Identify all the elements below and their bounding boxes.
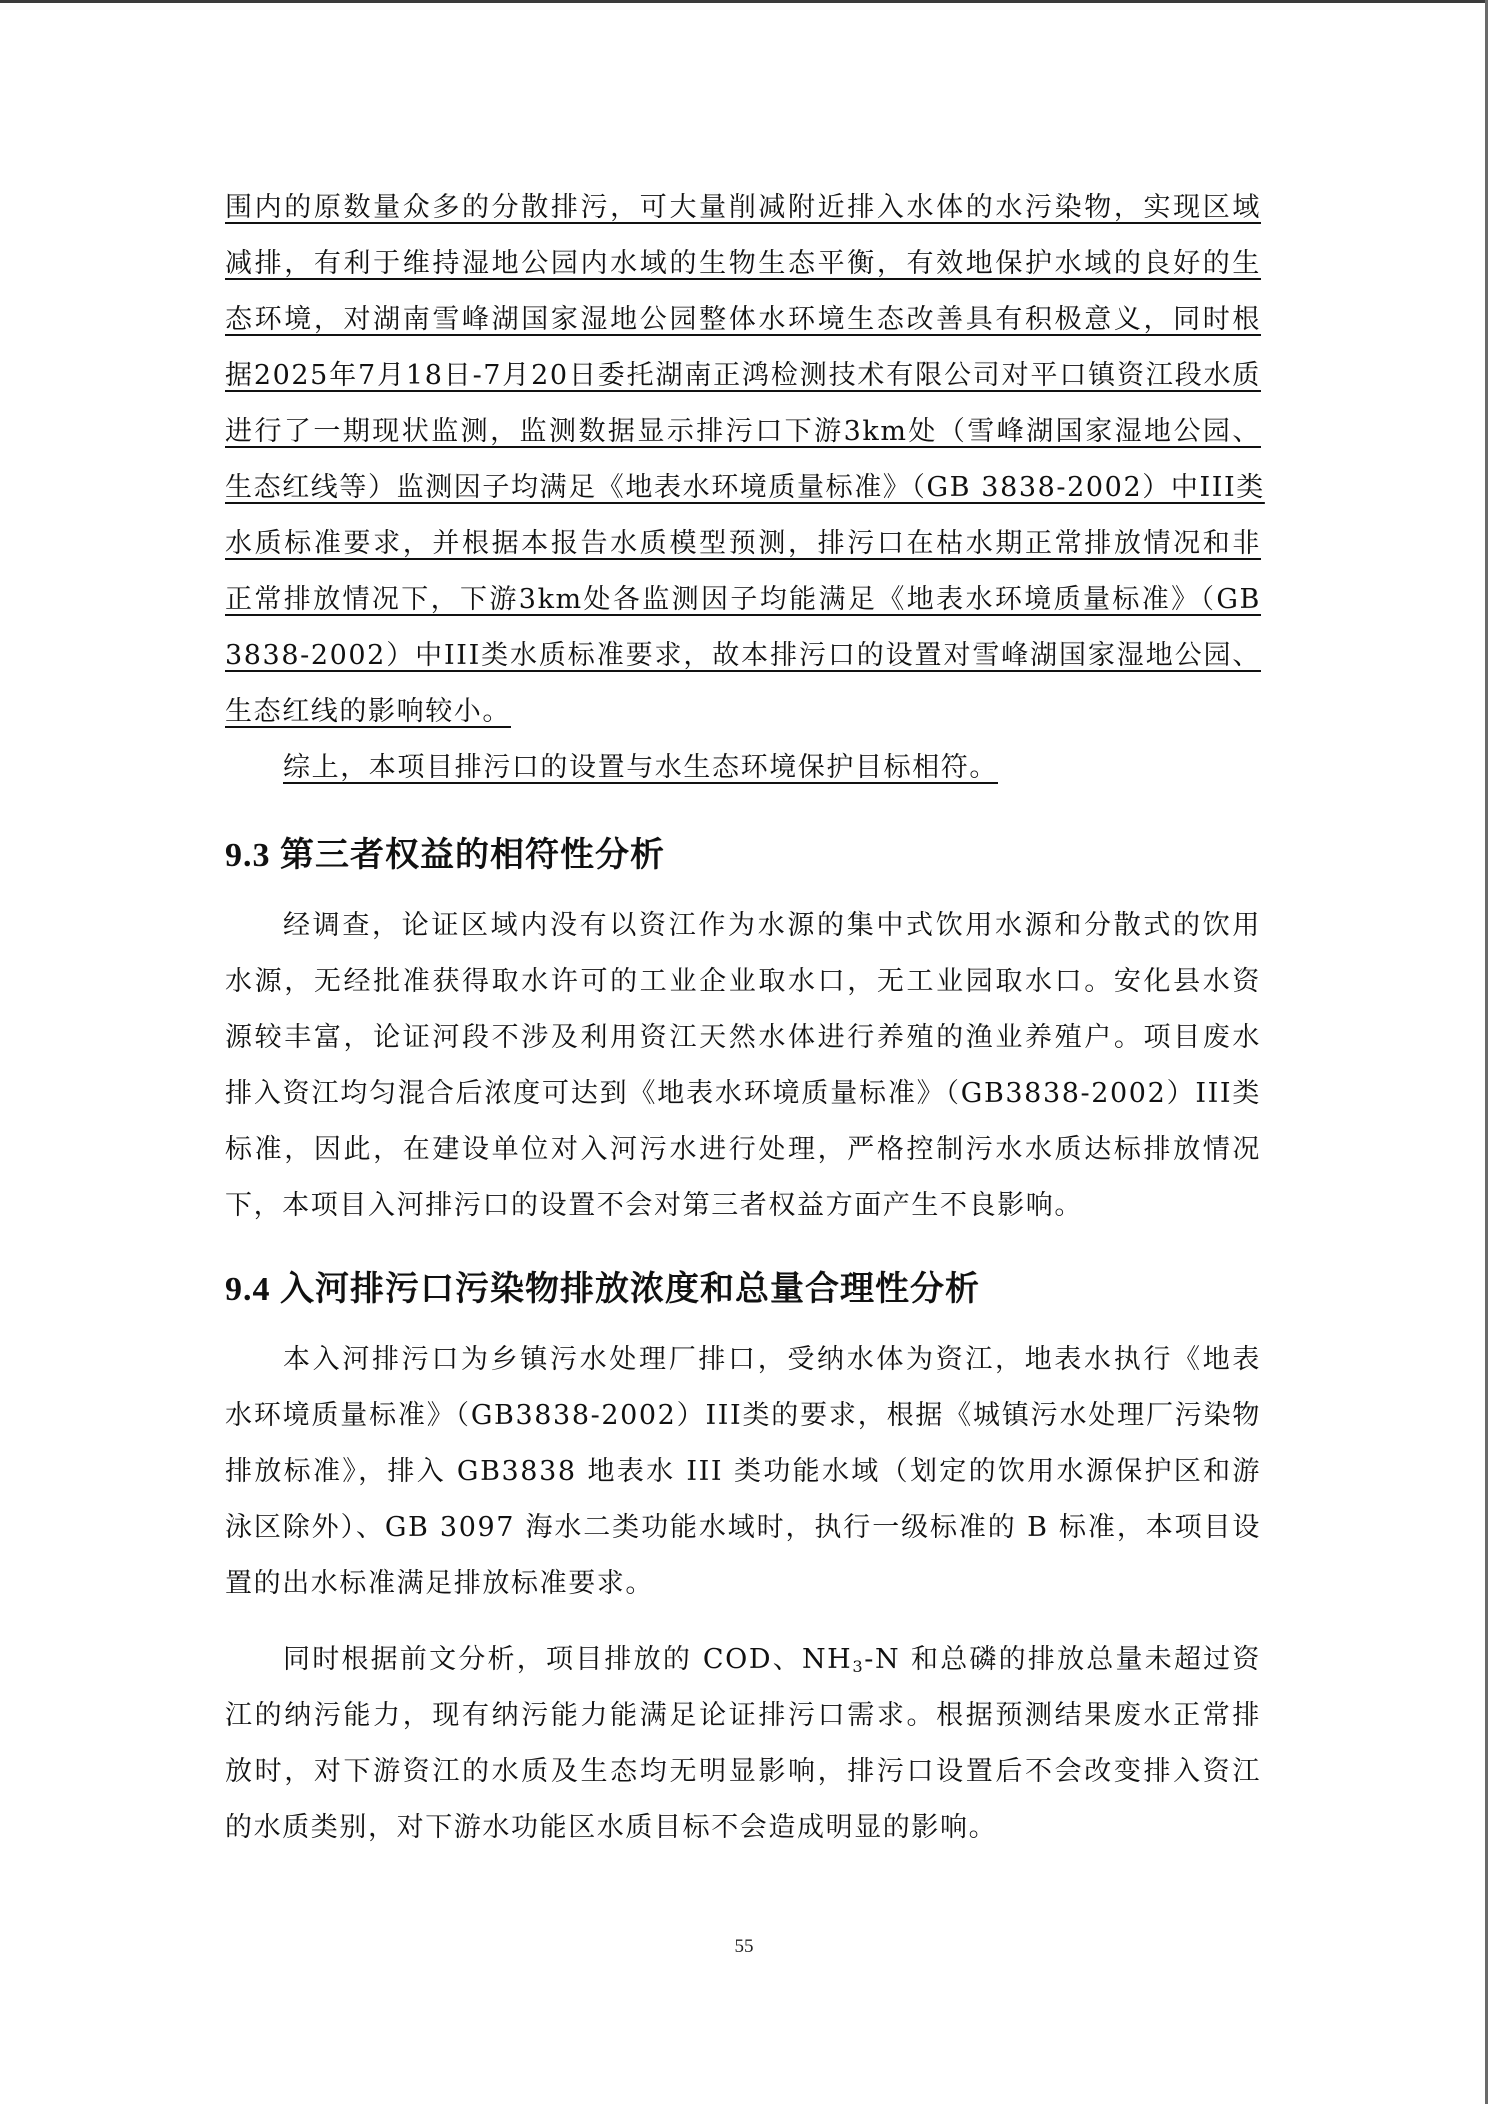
text-line: 泳区除外）、GB 3097 海水二类功能水域时，执行一级标准的 B 标准，本项目… — [225, 1508, 1261, 1548]
text-line: 同时根据前文分析，项目排放的 COD、NH3-N 和总磷的排放总量未超过资 — [225, 1640, 1261, 1680]
text-line: 的水质类别，对下游水功能区水质目标不会造成明显的影响。 — [225, 1808, 1261, 1848]
text-line: 放时，对下游资江的水质及生态均无明显影响，排污口设置后不会改变排入资江 — [225, 1752, 1261, 1792]
text-line: 排放标准》，排入 GB3838 地表水 III 类功能水域（划定的饮用水源保护区… — [225, 1452, 1261, 1492]
page-number: 55 — [0, 1936, 1488, 1958]
text-line: 水质标准要求，并根据本报告水质模型预测，排污口在枯水期正常排放情况和非 — [225, 524, 1261, 564]
text-line: 置的出水标准满足排放标准要求。 — [225, 1564, 1261, 1604]
section-heading-9-3: 9.3 第三者权益的相符性分析 — [225, 834, 665, 878]
text-line: 经调查，论证区域内没有以资江作为水源的集中式饮用水源和分散式的饮用 — [225, 906, 1261, 946]
text-line: 本入河排污口为乡镇污水处理厂排口，受纳水体为资江，地表水执行《地表 — [225, 1340, 1261, 1380]
text-line: 3838-2002）中III类水质标准要求，故本排污口的设置对雪峰湖国家湿地公园… — [225, 636, 1261, 676]
text-line: 排入资江均匀混合后浓度可达到《地表水环境质量标准》（GB3838-2002）II… — [225, 1074, 1261, 1114]
text-line: 围内的原数量众多的分散排污，可大量削减附近排入水体的水污染物，实现区域 — [225, 188, 1261, 228]
document-page: 围内的原数量众多的分散排污，可大量削减附近排入水体的水污染物，实现区域 减排，有… — [0, 0, 1488, 2104]
conclusion-paragraph: 综上，本项目排污口的设置与水生态环境保护目标相符。 — [225, 748, 1261, 788]
text-line: 源较丰富，论证河段不涉及利用资江天然水体进行养殖的渔业养殖户。项目废水 — [225, 1018, 1261, 1058]
text-line: 态环境，对湖南雪峰湖国家湿地公园整体水环境生态改善具有积极意义，同时根 — [225, 300, 1261, 340]
text-line: 江的纳污能力，现有纳污能力能满足论证排污口需求。根据预测结果废水正常排 — [225, 1696, 1261, 1736]
text-line: 生态红线等）监测因子均满足《地表水环境质量标准》（GB 3838-2002）中I… — [225, 468, 1261, 508]
text-line: 减排，有利于维持湿地公园内水域的生物生态平衡，有效地保护水域的良好的生 — [225, 244, 1261, 284]
text-line: 据2025年7月18日-7月20日委托湖南正鸿检测技术有限公司对平口镇资江段水质 — [225, 356, 1261, 396]
section-heading-9-4: 9.4 入河排污口污染物排放浓度和总量合理性分析 — [225, 1268, 980, 1312]
text-line: 标准，因此，在建设单位对入河污水进行处理，严格控制污水水质达标排放情况 — [225, 1130, 1261, 1170]
text-line: 生态红线的影响较小。 — [225, 692, 1261, 732]
text-line: 水源，无经批准获得取水许可的工业企业取水口，无工业园取水口。安化县水资 — [225, 962, 1261, 1002]
text-line: 水环境质量标准》（GB3838-2002）III类的要求，根据《城镇污水处理厂污… — [225, 1396, 1261, 1436]
text-line: 正常排放情况下，下游3km处各监测因子均能满足《地表水环境质量标准》（GB — [225, 580, 1261, 620]
text-line: 下，本项目入河排污口的设置不会对第三者权益方面产生不良影响。 — [225, 1186, 1261, 1226]
text-line: 进行了一期现状监测，监测数据显示排污口下游3km处（雪峰湖国家湿地公园、 — [225, 412, 1261, 452]
